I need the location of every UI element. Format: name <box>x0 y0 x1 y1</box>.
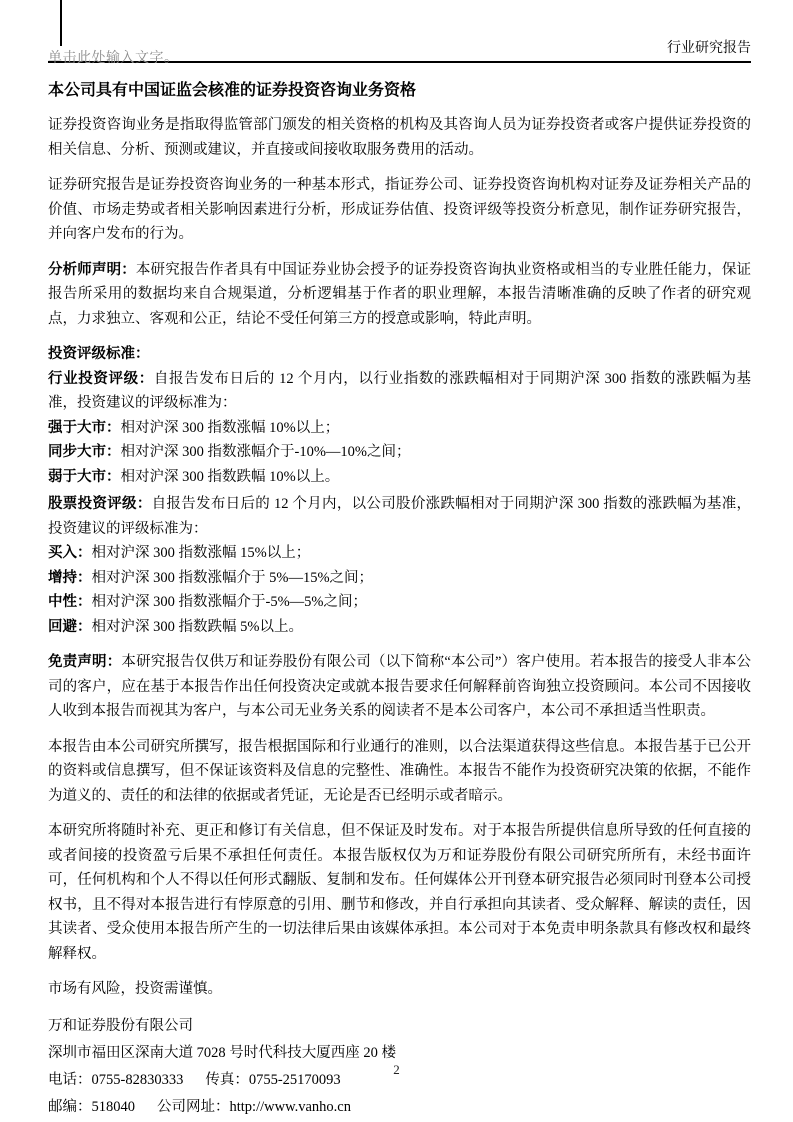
rating-item-label: 买入： <box>48 545 92 561</box>
rating-item-inline: 同步大市：相对沪深 300 指数涨幅介于-10%—10%之间； <box>48 440 751 465</box>
page-header: 单击此处输入文字。 行业研究报告 <box>48 0 751 63</box>
risk-warning: 市场有风险，投资需谨慎。 <box>48 977 751 1002</box>
rating-standards-heading: 投资评级标准： <box>48 342 751 367</box>
company-postcode-website: 邮编：518040公司网址：http://www.vanho.cn <box>48 1094 751 1121</box>
rating-item-label: 回避： <box>48 619 92 635</box>
rating-item-text: 相对沪深 300 指数跌幅 5%以上。 <box>92 619 303 635</box>
document-body: 本公司具有中国证监会核准的证券投资咨询业务资格 证券投资咨询业务是指取得监管部门… <box>48 70 751 1121</box>
rating-item-text: 相对沪深 300 指数涨幅 10%以上； <box>121 420 340 436</box>
rating-item-label: 弱于大市： <box>48 469 121 485</box>
paragraph-text: 本研究所将随时补充、更正和修订有关信息，但不保证及时发布。对于本报告所提供信息所… <box>48 823 751 962</box>
rating-item-label: 强于大市： <box>48 420 121 436</box>
heading-text: 投资评级标准： <box>48 346 150 362</box>
analyst-statement-label: 分析师声明： <box>48 262 136 278</box>
rating-item-text: 相对沪深 300 指数涨幅介于-10%—10%之间； <box>121 444 411 460</box>
stock-rating-intro: 股票投资评级：自报告发布日后的 12 个月内，以公司股价涨跌幅相对于同期沪深 3… <box>48 492 751 541</box>
rating-item-overweight: 增持：相对沪深 300 指数涨幅介于 5%—15%之间； <box>48 566 751 591</box>
industry-rating-label: 行业投资评级： <box>48 371 154 387</box>
intro-paragraph-2: 证券研究报告是证券投资咨询业务的一种基本形式，指证券公司、证券投资咨询机构对证券… <box>48 173 751 247</box>
qualification-title: 本公司具有中国证监会核准的证券投资咨询业务资格 <box>48 78 751 104</box>
stock-rating-label: 股票投资评级： <box>48 496 152 512</box>
disclaimer-paragraph-3: 本研究所将随时补充、更正和修订有关信息，但不保证及时发布。对于本报告所提供信息所… <box>48 819 751 966</box>
paragraph-text: 自报告发布日后的 12 个月内，以行业指数的涨跌幅相对于同期沪深 300 指数的… <box>48 371 751 412</box>
rating-item-avoid: 回避：相对沪深 300 指数跌幅 5%以上。 <box>48 615 751 640</box>
analyst-statement: 分析师声明：本研究报告作者具有中国证券业协会授予的证券投资咨询执业资格或相当的专… <box>48 258 751 332</box>
company-address-text: 深圳市福田区深南大道 7028 号时代科技大厦西座 20 楼 <box>48 1045 396 1061</box>
paragraph-text: 本研究报告仅供万和证券股份有限公司（以下简称“本公司”）客户使用。若本报告的接受… <box>48 654 751 719</box>
website-url: http://www.vanho.cn <box>230 1099 352 1115</box>
postcode-label: 邮编： <box>48 1099 92 1115</box>
header-text-placeholder[interactable]: 单击此处输入文字。 <box>48 47 179 67</box>
report-type-label: 行业研究报告 <box>667 37 751 57</box>
intro-paragraph-1: 证券投资咨询业务是指取得监管部门颁发的相关资格的机构及其咨询人员为证券投资者或客… <box>48 113 751 162</box>
rating-item-label: 增持： <box>48 570 92 586</box>
paragraph-text: 证券研究报告是证券投资咨询业务的一种基本形式，指证券公司、证券投资咨询机构对证券… <box>48 177 751 242</box>
disclaimer-paragraph-1: 免责声明：本研究报告仅供万和证券股份有限公司（以下简称“本公司”）客户使用。若本… <box>48 650 751 724</box>
postcode-value: 518040 <box>92 1099 136 1115</box>
company-name-text: 万和证券股份有限公司 <box>48 1018 193 1034</box>
disclaimer-label: 免责声明： <box>48 654 121 670</box>
rating-item-label: 中性： <box>48 594 92 610</box>
risk-warning-text: 市场有风险，投资需谨慎。 <box>48 981 222 997</box>
rating-item-text: 相对沪深 300 指数涨幅 15%以上； <box>92 545 311 561</box>
rating-item-buy: 买入：相对沪深 300 指数涨幅 15%以上； <box>48 541 751 566</box>
disclaimer-paragraph-2: 本报告由本公司研究所撰写，报告根据国际和行业通行的准则，以合法渠道获得这些信息。… <box>48 735 751 809</box>
document-page: 单击此处输入文字。 行业研究报告 本公司具有中国证监会核准的证券投资咨询业务资格… <box>0 0 793 1122</box>
rating-item-underperform: 弱于大市：相对沪深 300 指数跌幅 10%以上。 <box>48 465 751 490</box>
paragraph-text: 自报告发布日后的 12 个月内，以公司股价涨跌幅相对于同期沪深 300 指数的涨… <box>48 496 751 537</box>
paragraph-text: 本研究报告作者具有中国证券业协会授予的证券投资咨询执业资格或相当的专业胜任能力，… <box>48 262 751 327</box>
paragraph-text: 本报告由本公司研究所撰写，报告根据国际和行业通行的准则，以合法渠道获得这些信息。… <box>48 739 751 804</box>
rating-item-text: 相对沪深 300 指数涨幅介于 5%—15%之间； <box>92 570 374 586</box>
rating-item-outperform: 强于大市：相对沪深 300 指数涨幅 10%以上； <box>48 416 751 441</box>
industry-rating-intro: 行业投资评级：自报告发布日后的 12 个月内，以行业指数的涨跌幅相对于同期沪深 … <box>48 367 751 416</box>
paragraph-text: 证券投资咨询业务是指取得监管部门颁发的相关资格的机构及其咨询人员为证券投资者或客… <box>48 117 751 158</box>
rating-item-neutral: 中性：相对沪深 300 指数涨幅介于-5%—5%之间； <box>48 590 751 615</box>
rating-item-text: 相对沪深 300 指数涨幅介于-5%—5%之间； <box>92 594 368 610</box>
page-number: 2 <box>0 1062 793 1078</box>
rating-item-label: 同步大市： <box>48 444 121 460</box>
rating-item-text: 相对沪深 300 指数跌幅 10%以上。 <box>121 469 340 485</box>
company-name: 万和证券股份有限公司 <box>48 1013 751 1040</box>
website-label: 公司网址： <box>157 1099 230 1115</box>
